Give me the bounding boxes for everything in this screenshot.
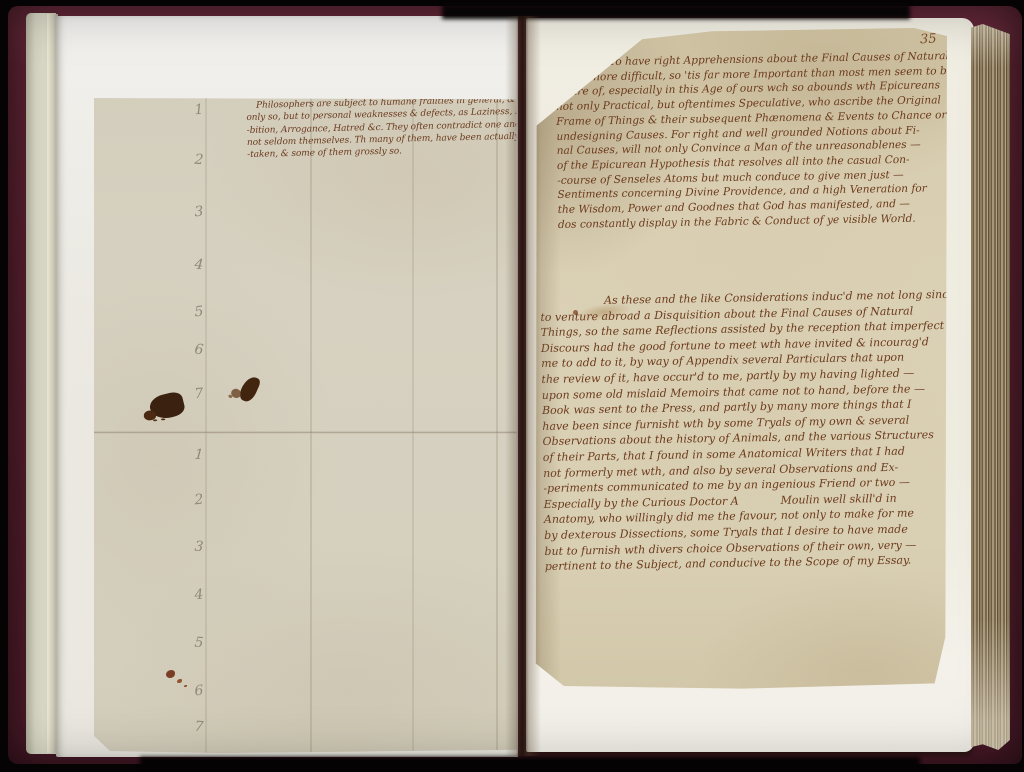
margin-number: 2 — [189, 491, 208, 509]
margin-number: 7 — [189, 385, 208, 403]
folio-page-number: 35 — [920, 32, 937, 48]
page-block-fore-edge — [971, 24, 1010, 750]
ink-speck — [166, 670, 175, 678]
fold-line — [496, 98, 498, 753]
book-gutter-shadow — [505, 16, 541, 756]
ink-blot — [237, 374, 261, 404]
margin-number: 6 — [189, 682, 208, 700]
margin-number: 3 — [189, 203, 208, 221]
handwritten-note: Philosophers are subject to humane frail… — [246, 94, 515, 162]
bottom-edge-shadow — [140, 757, 920, 772]
margin-number: 5 — [189, 303, 208, 321]
margin-number: 1 — [189, 446, 208, 463]
fold-line — [205, 98, 207, 753]
margin-number: 3 — [189, 538, 208, 555]
margin-number: 2 — [189, 151, 208, 168]
fold-line — [412, 98, 414, 753]
margin-number: 1 — [189, 101, 208, 119]
manuscript-paragraph-2: As these and the like Considerations ind… — [540, 287, 955, 575]
margin-number: 4 — [189, 256, 208, 273]
right-manuscript-sheet: 35 To have right Apprehensions about the… — [535, 26, 947, 690]
manuscript-paragraph-1: To have right Apprehensions about the Fi… — [555, 49, 954, 232]
left-manuscript-sheet: Philosophers are subject to humane frail… — [94, 98, 517, 753]
margin-number: 5 — [189, 634, 208, 651]
fold-line — [310, 98, 312, 753]
margin-number: 6 — [189, 341, 208, 358]
horizontal-fold-line — [94, 431, 517, 434]
margin-number: 7 — [189, 718, 208, 735]
open-book-photograph: Philosophers are subject to humane frail… — [0, 0, 1024, 772]
margin-number: 4 — [189, 586, 208, 604]
ink-blot — [148, 390, 187, 422]
